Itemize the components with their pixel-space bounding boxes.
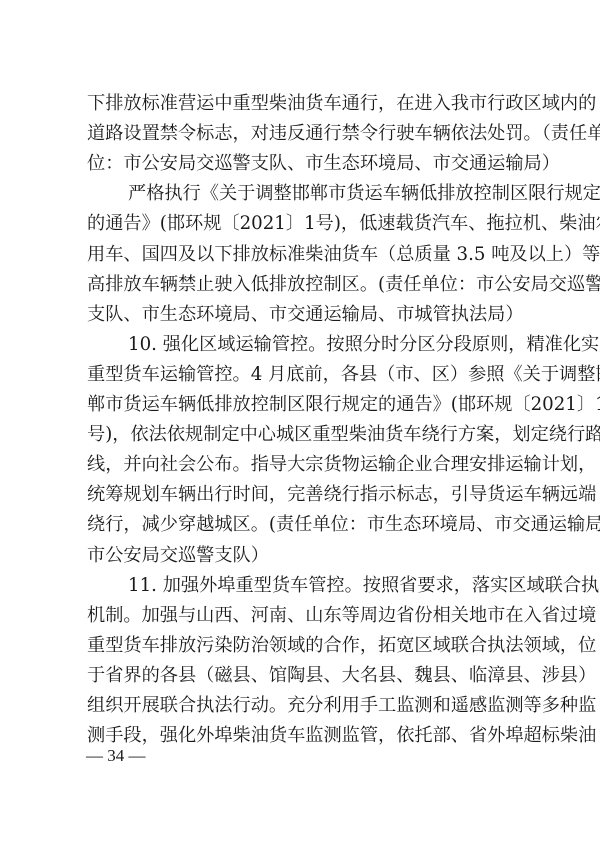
text-line: 统筹规划车辆出行时间，完善绕行指示标志，引导货运车辆远端 [87, 480, 517, 510]
text-line: 于省界的各县（磁县、馆陶县、大名县、魏县、临漳县、涉县） [87, 661, 517, 691]
text-line: 重型货车运输管控。4 月底前，各县（市、区）参照《关于调整邯 [87, 360, 517, 390]
text-line: 线，并向社会公布。指导大宗货物运输企业合理安排运输计划， [87, 450, 517, 480]
text-line: 支队、市生态环境局、市交通运输局、市城管执法局） [87, 300, 517, 330]
paragraph-first-line: 11. 加强外埠重型货车管控。按照省要求，落实区域联合执法 [128, 571, 517, 601]
text-line: 下排放标准营运中重型柴油货车通行，在进入我市行政区域内的 [87, 89, 517, 119]
document-page: 下排放标准营运中重型柴油货车通行，在进入我市行政区域内的道路设置禁令标志，对违反… [0, 0, 600, 848]
page-number: — 34 — [86, 746, 146, 766]
text-line: 市公安局交巡警支队） [87, 541, 517, 571]
text-line: 高排放车辆禁止驶入低排放控制区。(责任单位：市公安局交巡警 [87, 270, 517, 300]
text-line: 的通告》(邯环规〔2021〕1号)，低速载货汽车、拖拉机、柴油农 [87, 209, 517, 239]
text-line: 重型货车排放污染防治领域的合作，拓宽区域联合执法领域，位 [87, 631, 517, 661]
paragraph-first-line: 严格执行《关于调整邯郸市货运车辆低排放控制区限行规定 [128, 179, 517, 209]
text-line: 测手段，强化外埠柴油货车监测监管，依托部、省外埠超标柴油 [87, 721, 517, 751]
text-line: 号)，依法依规制定中心城区重型柴油货车绕行方案，划定绕行路 [87, 420, 517, 450]
text-line: 道路设置禁令标志，对违反通行禁令行驶车辆依法处罚。（责任单 [87, 119, 517, 149]
text-line: 机制。加强与山西、河南、山东等周边省份相关地市在入省过境 [87, 601, 517, 631]
text-line: 组织开展联合执法行动。充分利用手工监测和遥感监测等多种监 [87, 691, 517, 721]
text-line: 郸市货运车辆低排放控制区限行规定的通告》(邯环规〔2021〕1 [87, 390, 517, 420]
text-line: 用车、国四及以下排放标准柴油货车（总质量 3.5 吨及以上）等 [87, 240, 517, 270]
text-line: 绕行，减少穿越城区。(责任单位：市生态环境局、市交通运输局、 [87, 510, 517, 540]
text-line: 位：市公安局交巡警支队、市生态环境局、市交通运输局） [87, 149, 517, 179]
paragraph-first-line: 10. 强化区域运输管控。按照分时分区分段原则，精准化实施 [128, 330, 517, 360]
